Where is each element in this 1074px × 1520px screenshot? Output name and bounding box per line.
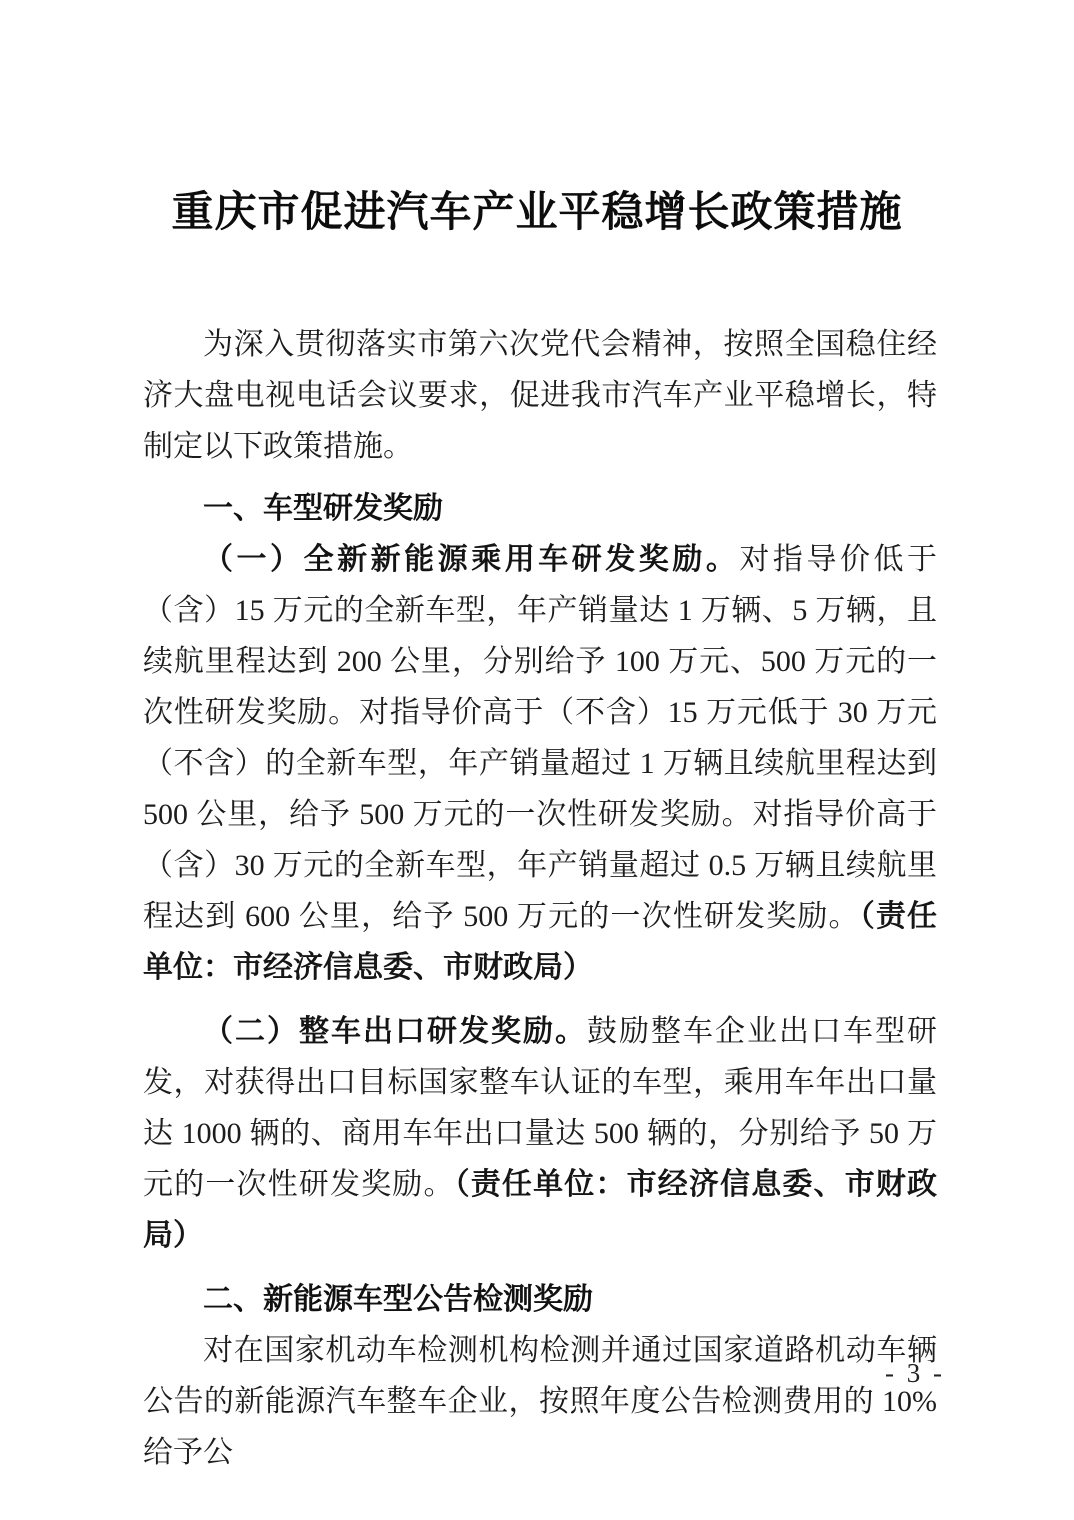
document-title: 重庆市促进汽车产业平稳增长政策措施: [0, 186, 1074, 240]
section-1-item-2-lead: （二）整车出口研发奖励。: [203, 1015, 587, 1048]
document-page: 重庆市促进汽车产业平稳增长政策措施 为深入贯彻落实市第六次党代会精神，按照全国稳…: [0, 0, 1074, 1520]
section-1-heading: 一、车型研发奖励: [143, 483, 937, 534]
intro-paragraph: 为深入贯彻落实市第六次党代会精神，按照全国稳住经济大盘电视电话会议要求，促进我市…: [143, 319, 937, 472]
section-1-item-1-lead: （一）全新新能源乘用车研发奖励。: [203, 543, 739, 576]
section-1-item-1-body: 对指导价低于（含）15 万元的全新车型，年产销量达 1 万辆、5 万辆，且续航里…: [143, 543, 937, 933]
section-1-item-1: （一）全新新能源乘用车研发奖励。对指导价低于（含）15 万元的全新车型，年产销量…: [143, 534, 937, 993]
section-2-heading: 二、新能源车型公告检测奖励: [143, 1274, 937, 1325]
section-1-item-2: （二）整车出口研发奖励。鼓励整车企业出口车型研发，对获得出口目标国家整车认证的车…: [143, 1006, 937, 1261]
document-body: 为深入贯彻落实市第六次党代会精神，按照全国稳住经济大盘电视电话会议要求，促进我市…: [143, 319, 937, 1478]
section-2-paragraph: 对在国家机动车检测机构检测并通过国家道路机动车辆公告的新能源汽车整车企业，按照年…: [143, 1325, 937, 1478]
page-number: - 3 -: [143, 1356, 945, 1390]
